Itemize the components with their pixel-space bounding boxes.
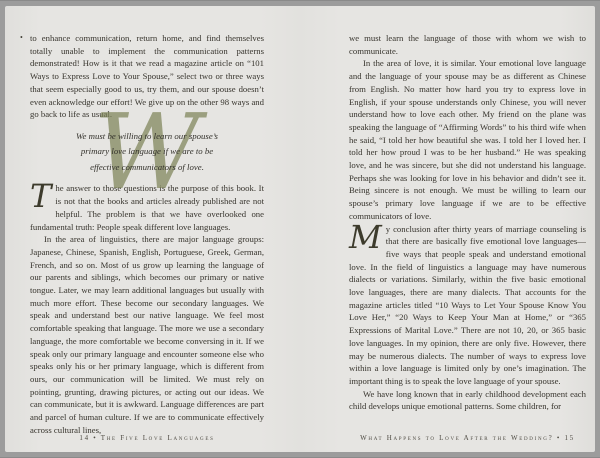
margin-bullet-marker: •: [20, 32, 23, 45]
page-left-text-column: •to enhance communication, return home, …: [30, 6, 264, 436]
drop-cap-m: M: [349, 225, 382, 250]
paragraph: In the area of love, it is similar. Your…: [349, 57, 586, 222]
page-right-text-column: we must learn the language of those with…: [349, 6, 586, 413]
pull-quote: W We must be willing to learn our spouse…: [34, 129, 260, 176]
paragraph-text: In the area of love, it is similar. Your…: [349, 58, 586, 220]
page-right: we must learn the language of those with…: [349, 6, 586, 452]
page-right-footer: What Happens to Love After the Wedding? …: [349, 434, 586, 442]
book-scan-frame: •to enhance communication, return home, …: [0, 0, 600, 458]
page-left-footer: 14 • The Five Love Languages: [30, 434, 264, 442]
paragraph: In the area of linguistics, there are ma…: [30, 233, 264, 436]
paragraph-continuation: •to enhance communication, return home, …: [30, 32, 264, 121]
paragraph-continuation: we must learn the language of those with…: [349, 32, 586, 57]
paragraph-text: We have long known that in early childho…: [349, 389, 586, 412]
paragraph-text: to enhance communication, return home, a…: [30, 33, 264, 119]
pull-quote-line: effective communicators of love.: [34, 160, 260, 176]
page-left: •to enhance communication, return home, …: [30, 6, 264, 452]
pull-quote-line: We must be willing to learn our spouse’s: [34, 129, 260, 145]
paragraph-text: y conclusion after thirty years of marri…: [349, 224, 586, 386]
paragraph-with-drop-cap: The answer to those questions is the pur…: [30, 182, 264, 233]
paragraph: We have long known that in early childho…: [349, 388, 586, 413]
paragraph-text: In the area of linguistics, there are ma…: [30, 234, 264, 435]
drop-cap-t: T: [30, 184, 51, 209]
book-spread: •to enhance communication, return home, …: [5, 6, 595, 452]
paragraph-text: he answer to those questions is the purp…: [30, 183, 264, 231]
pull-quote-line: primary love language if we are to be: [34, 144, 260, 160]
paragraph-text: we must learn the language of those with…: [349, 33, 586, 56]
paragraph-with-drop-cap: My conclusion after thirty years of marr…: [349, 223, 586, 388]
